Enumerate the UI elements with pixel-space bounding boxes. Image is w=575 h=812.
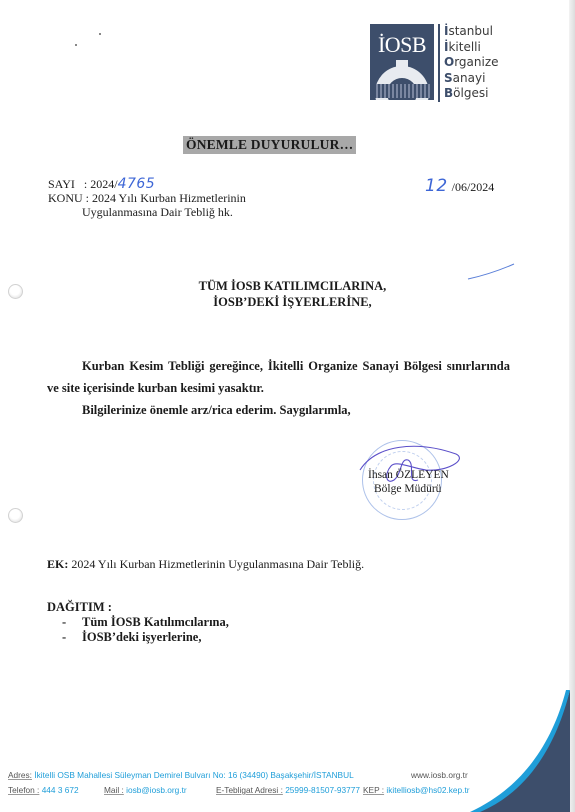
sayi-handwritten-number: 4765 [118,176,156,192]
distribution-item: -İOSB’deki işyerlerine, [62,630,229,645]
distribution-label: DAĞITIM : [47,600,229,615]
punch-hole [8,284,23,299]
body-paragraph: Bilgilerinize önemle arz/rica ederim. Sa… [47,399,510,421]
signatory-title: Bölge Müdürü [374,483,441,495]
attachment-label: EK: [47,557,68,571]
scan-speck [75,44,77,46]
logo-wordmark: İstanbul İkitelli Organize Sanayi Bölges… [444,24,499,102]
website-link[interactable]: www.iosb.org.tr [411,768,468,783]
konu-text: : 2024 Yılı Kurban Hizmetlerinin [86,191,246,205]
konu-row-continued: Uygulanmasına Dair Tebliğ hk. [48,205,246,219]
logo-word: Bölgesi [444,86,499,102]
etebligat-label: E-Tebligat Adresi : [216,785,283,795]
sayi-row: SAYI : 2024/4765 [48,177,246,191]
distribution-list: -Tüm İOSB Katılımcılarına, -İOSB’deki iş… [47,615,229,645]
body-paragraph: Kurban Kesim Tebliği gereğince, İkitelli… [47,355,510,399]
signature-block: İhsan ÖZLEYEN Bölge Müdürü [362,440,482,530]
logo-word: Sanayi [444,71,499,87]
sayi-label: SAYI [48,177,75,191]
logo-mark: İOSB [370,24,434,100]
announcement-body: Kurban Kesim Tebliği gereğince, İkitelli… [47,355,510,421]
attachment-text: 2024 Yılı Kurban Hizmetlerinin Uygulanma… [71,557,364,571]
iosb-logo: İOSB İstanbul İkitelli Organize Sanayi B… [370,24,499,102]
logo-word: İkitelli [444,40,499,56]
document-date: 12/06/2024 [425,176,494,196]
konu-label: KONU [48,191,83,205]
scan-speck [99,33,101,35]
konu-text-continued: Uygulanmasına Dair Tebliğ hk. [82,205,233,219]
kep-address[interactable]: ikitelliosb@hs02.kep.tr [386,785,469,795]
address-label: Adres: [8,770,32,780]
mail-link[interactable]: iosb@iosb.org.tr [126,785,187,795]
logo-mark-text: İOSB [370,32,434,58]
mail-label: Mail : [104,785,124,795]
announcement-headline: ÖNEMLE DUYURULUR… [183,136,356,154]
distribution-item: -Tüm İOSB Katılımcılarına, [62,615,229,630]
attachment-line: EK: 2024 Yılı Kurban Hizmetlerinin Uygul… [47,557,364,572]
date-handwritten-day: 12 [425,176,448,196]
recipient-line: İOSB’DEKİ İŞYERLERİNE, [0,294,575,310]
logo-word: İstanbul [444,24,499,40]
logo-word: Organize [444,55,499,71]
phone-number[interactable]: 444 3 672 [42,785,79,795]
sayi-prefix: : 2024/ [84,177,118,191]
phone-label: Telefon : [8,785,39,795]
logo-divider [438,24,440,102]
document-page: İOSB İstanbul İkitelli Organize Sanayi B… [0,0,575,812]
signatory-name: İhsan ÖZLEYEN [368,469,449,481]
address-text: İkitelli OSB Mahallesi Süleyman Demirel … [34,770,353,780]
kep-label: KEP : [363,785,384,795]
recipient-line: TÜM İOSB KATILIMCILARINA, [0,278,575,294]
punch-hole [8,508,23,523]
skyline-icon [374,84,430,98]
etebligat-address: 25999-81507-93777 [285,785,360,795]
konu-row: KONU : 2024 Yılı Kurban Hizmetlerinin [48,191,246,205]
distribution-block: DAĞITIM : -Tüm İOSB Katılımcılarına, -İO… [47,600,229,645]
recipients-block: TÜM İOSB KATILIMCILARINA, İOSB’DEKİ İŞYE… [0,278,575,310]
page-edge-shadow [569,0,575,812]
document-meta: SAYI : 2024/4765 KONU : 2024 Yılı Kurban… [48,177,246,219]
date-month-year: /06/2024 [452,180,495,194]
